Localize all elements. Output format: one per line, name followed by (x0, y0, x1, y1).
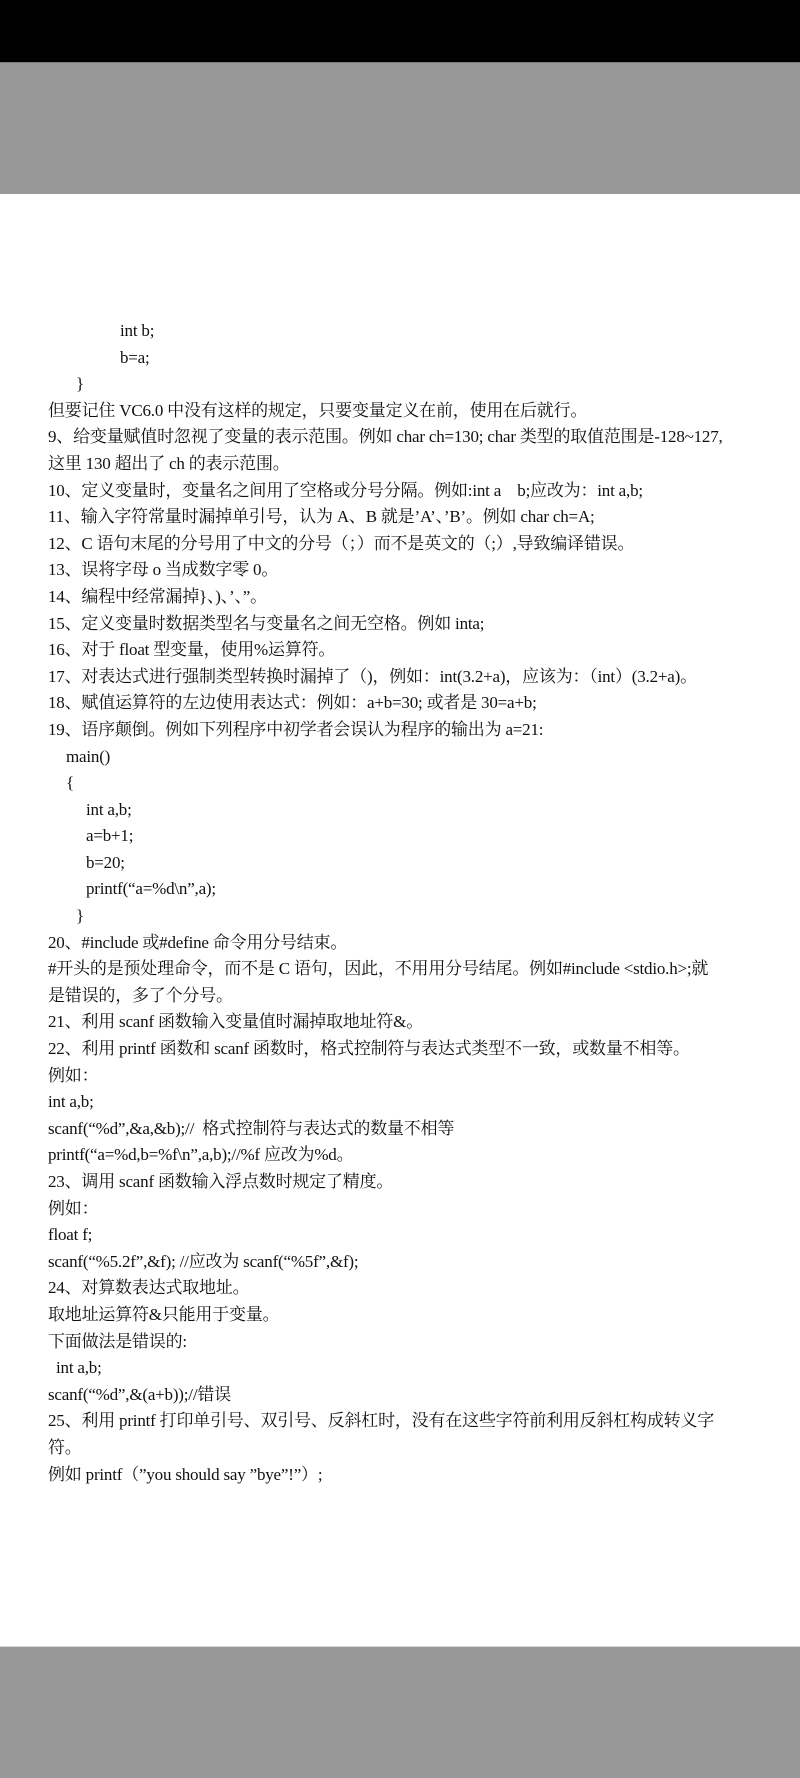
text-line: printf(“a=%d,b=%f\n”,a,b);//%f 应改为%d。 (0, 1142, 800, 1169)
text-line: scanf(“%d”,&a,&b);// 格式控制符与表达式的数量不相等 (0, 1116, 800, 1143)
text-line: } (0, 371, 800, 398)
text-line: int a,b; (0, 1089, 800, 1116)
status-bar (0, 0, 800, 62)
text-line: 25、利用 printf 打印单引号、双引号、反斜杠时，没有在这些字符前利用反斜… (0, 1408, 800, 1435)
text-line: 19、语序颠倒。例如下列程序中初学者会误认为程序的输出为 a=21: (0, 717, 800, 744)
text-line: 14、编程中经常漏掉}、)、’、”。 (0, 584, 800, 611)
text-line: float f; (0, 1222, 800, 1249)
viewer-bottom-margin (0, 1646, 800, 1778)
text-line: 例如： (0, 1196, 800, 1223)
text-line: 10、定义变量时，变量名之间用了空格或分号分隔。例如:int a b;应改为：i… (0, 478, 800, 505)
text-line: } (0, 903, 800, 930)
text-line: b=20; (0, 850, 800, 877)
document-text: int b; b=a; } 但要记住 VC6.0 中没有这样的规定，只要变量定义… (0, 318, 800, 1488)
text-line: 但要记住 VC6.0 中没有这样的规定，只要变量定义在前，使用在后就行。 (0, 398, 800, 425)
text-line: 取地址运算符&只能用于变量。 (0, 1302, 800, 1329)
text-line: 22、利用 printf 函数和 scanf 函数时，格式控制符与表达式类型不一… (0, 1036, 800, 1063)
text-line: 下面做法是错误的: (0, 1329, 800, 1356)
text-line: 17、对表达式进行强制类型转换时漏掉了（)，例如：int(3.2+a)，应该为：… (0, 664, 800, 691)
text-line: 例如： (0, 1063, 800, 1090)
text-line: 18、赋值运算符的左边使用表达式：例如：a+b=30; 或者是 30=a+b; (0, 690, 800, 717)
text-line: scanf(“%d”,&(a+b));//错误 (0, 1382, 800, 1409)
text-line: 符。 (0, 1435, 800, 1462)
text-line: 15、定义变量时数据类型名与变量名之间无空格。例如 inta; (0, 611, 800, 638)
text-line: int a,b; (0, 1355, 800, 1382)
document-page: int b; b=a; } 但要记住 VC6.0 中没有这样的规定，只要变量定义… (0, 194, 800, 1646)
text-line: 24、对算数表达式取地址。 (0, 1275, 800, 1302)
text-line: 16、对于 float 型变量，使用%运算符。 (0, 637, 800, 664)
text-line: b=a; (0, 345, 800, 372)
text-line: 9、给变量赋值时忽视了变量的表示范围。例如 char ch=130; char … (0, 424, 800, 451)
text-line: 例如 printf（”you should say ”bye”!”）; (0, 1462, 800, 1489)
text-line: main() (0, 744, 800, 771)
text-line: int a,b; (0, 797, 800, 824)
text-line: 11、输入字符常量时漏掉单引号，认为 A、B 就是’A’、’B’。例如 char… (0, 504, 800, 531)
text-line: 13、误将字母 o 当成数字零 0。 (0, 557, 800, 584)
text-line: scanf(“%5.2f”,&f); //应改为 scanf(“%5f”,&f)… (0, 1249, 800, 1276)
text-line: 21、利用 scanf 函数输入变量值时漏掉取地址符&。 (0, 1009, 800, 1036)
text-line: 20、#include 或#define 命令用分号结束。 (0, 930, 800, 957)
text-line: printf(“a=%d\n”,a); (0, 876, 800, 903)
text-line: 是错误的，多了个分号。 (0, 983, 800, 1010)
text-line: 这里 130 超出了 ch 的表示范围。 (0, 451, 800, 478)
text-line: int b; (0, 318, 800, 345)
text-line: 12、C 语句末尾的分号用了中文的分号（；）而不是英文的（;）,导致编译错误。 (0, 531, 800, 558)
text-line: { (0, 770, 800, 797)
text-line: a=b+1; (0, 823, 800, 850)
viewer-top-margin (0, 62, 800, 194)
text-line: 23、调用 scanf 函数输入浮点数时规定了精度。 (0, 1169, 800, 1196)
text-line: #开头的是预处理命令，而不是 C 语句，因此，不用用分号结尾。例如#includ… (0, 956, 800, 983)
